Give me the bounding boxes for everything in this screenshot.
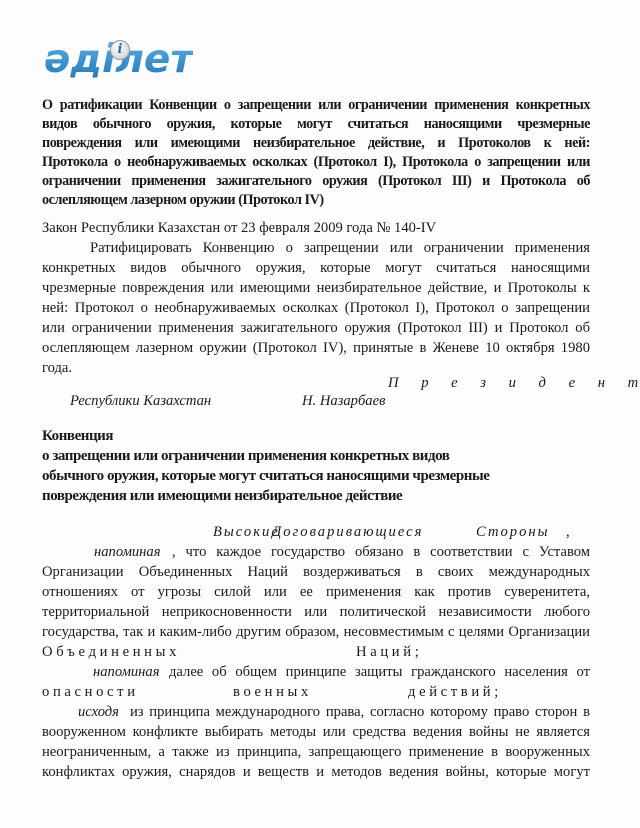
paragraph-line: неограниченным, а также из принципа, зап… [42, 744, 590, 762]
title-line: видов обычного оружия, которые могут счи… [42, 116, 590, 134]
title-line: Протокола о необнаруживаемых осколках (П… [42, 154, 590, 172]
paragraph-line: конкретных видов обычного оружия, которы… [42, 260, 590, 278]
paragraph-line: отношениях от угрозы силой или ее примен… [42, 584, 590, 602]
signature-name: Н. Назарбаев [302, 393, 385, 410]
paragraph-line: территориальной неприкосновенности или п… [42, 604, 590, 622]
paragraph-line: государства, так и каким-либо другим обр… [42, 624, 590, 642]
heading-line: обычного оружия, которые могут считаться… [42, 468, 590, 485]
paragraph-line: , что каждое государство обязано в соотв… [172, 544, 590, 562]
paragraph-line: ослепляющем лазерном оружии (Протокол IV… [42, 340, 590, 358]
paragraph-line: Организации Объединенных Наций воздержив… [42, 564, 590, 582]
title-line: ограничении применения зажигательного ор… [42, 173, 590, 191]
signature-country: Республики Казахстан [70, 393, 211, 410]
parties-word: Договаривающиеся [272, 524, 423, 541]
title-line: повреждения или имеющими неизбирательное… [42, 135, 590, 153]
paragraph-line: или ограничении применения зажигательног… [42, 320, 590, 338]
spaced-word: О б ъ е д и н е н н ы х [42, 644, 176, 661]
adilet-logo[interactable]: әділет i [44, 42, 176, 84]
paragraph-line: ней: Протокол о необнаруживаемых осколка… [42, 300, 590, 318]
spaced-word: Н а ц и й ; [356, 644, 419, 661]
spaced-word: д е й с т в и й ; [408, 684, 498, 701]
law-reference: Закон Республики Казахстан от 23 февраля… [42, 220, 590, 237]
lead-word: напоминая [94, 544, 161, 561]
info-badge-icon: i [110, 40, 130, 60]
paragraph-line: чрезмерные повреждения или имеющими неиз… [42, 280, 590, 298]
parties-word: Высокие [213, 524, 280, 541]
paragraph-line: вооруженном конфликте выбирать методы ил… [42, 724, 590, 742]
lead-word: исходя [78, 704, 119, 721]
paragraph-line: Ратифицировать Конвенцию о запрещении ил… [90, 240, 590, 258]
title-line: ослепляющем лазерном оружии (Протокол IV… [42, 192, 590, 209]
parties-word: Стороны [476, 524, 550, 541]
lead-word: напоминая [93, 664, 160, 681]
parties-comma: , [566, 524, 570, 541]
heading-line: Конвенция [42, 428, 590, 445]
signature-title: П р е з и д е н т [388, 375, 640, 392]
spaced-word: о п а с н о с т и [42, 684, 135, 701]
paragraph-line: из принципа международного права, соглас… [130, 704, 590, 722]
title-line: О ратификации Конвенции о запрещении или… [42, 97, 590, 115]
paragraph-line: далее об общем принципе защиты гражданск… [169, 664, 590, 682]
paragraph-line: конфликтах оружия, снарядов и веществ и … [42, 764, 590, 782]
heading-line: о запрещении или ограничении применения … [42, 448, 590, 465]
heading-line: повреждения или имеющими неизбирательное… [42, 488, 590, 505]
spaced-word: в о е н н ы х [233, 684, 308, 701]
